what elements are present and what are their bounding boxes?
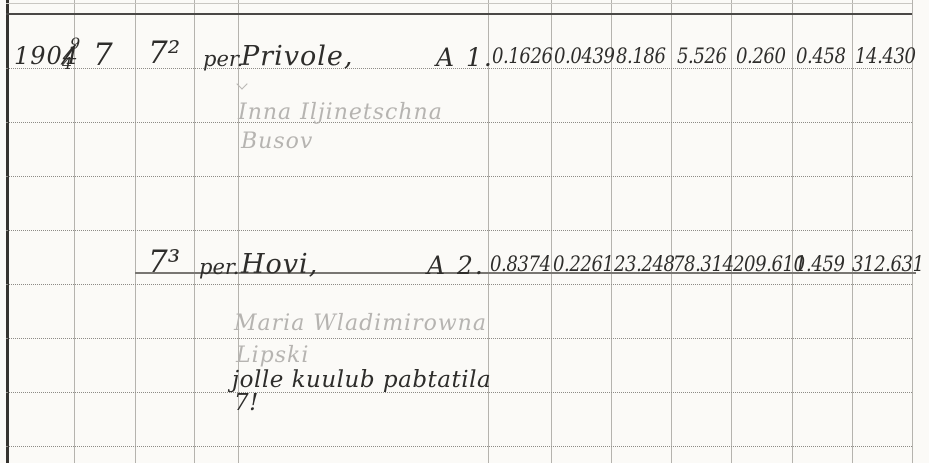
grid-line-vertical [194,0,195,463]
ink-note-line1: jolle kuulub pabtatila [232,369,491,392]
entry-date-fraction: 9 / 4 [60,38,86,78]
ink-note-line2: 7! [234,392,259,415]
header-rule [6,13,912,15]
entry-prefix: per. [199,257,239,278]
value-cell: 0.260 [736,46,786,67]
value-cell: 0.0439 [554,46,615,67]
entry-ref-number: A 2. [427,253,485,278]
ledger-page: 1904 9 / 4 7 7² per. Privole, A 1. 0.162… [0,0,929,463]
value-cell: 312.631 [852,254,924,275]
grid-line-vertical [912,0,913,463]
fraction-denominator: 4 [62,54,72,73]
ruling-line [6,230,912,231]
pencil-owner-name-line1: Inna Iljinetschna [238,102,443,124]
entry-prefix: per. [203,49,243,70]
ruling-line [6,338,912,339]
value-cell: 0.1626 [492,46,553,67]
value-cell: 5.526 [677,46,727,67]
entry-name: Privole, [241,43,353,70]
value-cell: 209.610 [733,254,805,275]
ruling-line [6,176,912,177]
ruling-line [6,122,912,123]
pencil-owner-name-line2: Lipski [236,345,309,367]
grid-line-vertical [792,0,793,463]
page-left-border [6,0,9,463]
grid-line-vertical [671,0,672,463]
grid-line-vertical [551,0,552,463]
value-cell: 0.8374 [490,254,551,275]
pencil-owner-name-line1: Maria Wladimirowna [234,313,487,335]
value-cell: 1.459 [795,254,845,275]
value-cell: 23.248 [614,254,675,275]
value-cell: 0.458 [796,46,846,67]
grid-line-horizontal [6,3,912,4]
grid-line-vertical [852,0,853,463]
plot-number: 7 [93,40,113,71]
value-cell: 0.2261 [553,254,614,275]
subplot-number: 7² [148,38,180,69]
entry-ref-number: A 1. [436,45,494,70]
pencil-owner-name-line2: Busov [241,131,313,153]
grid-line-vertical [611,0,612,463]
grid-line-vertical [135,0,136,463]
entry-name: Hovi, [241,251,318,278]
value-cell: 14.430 [855,46,916,67]
ruling-line [6,284,912,285]
value-cell: 8.186 [616,46,666,67]
subplot-number: 7³ [148,247,180,278]
ruling-line [6,446,912,447]
value-cell: 78.314 [673,254,734,275]
grid-line-vertical [731,0,732,463]
